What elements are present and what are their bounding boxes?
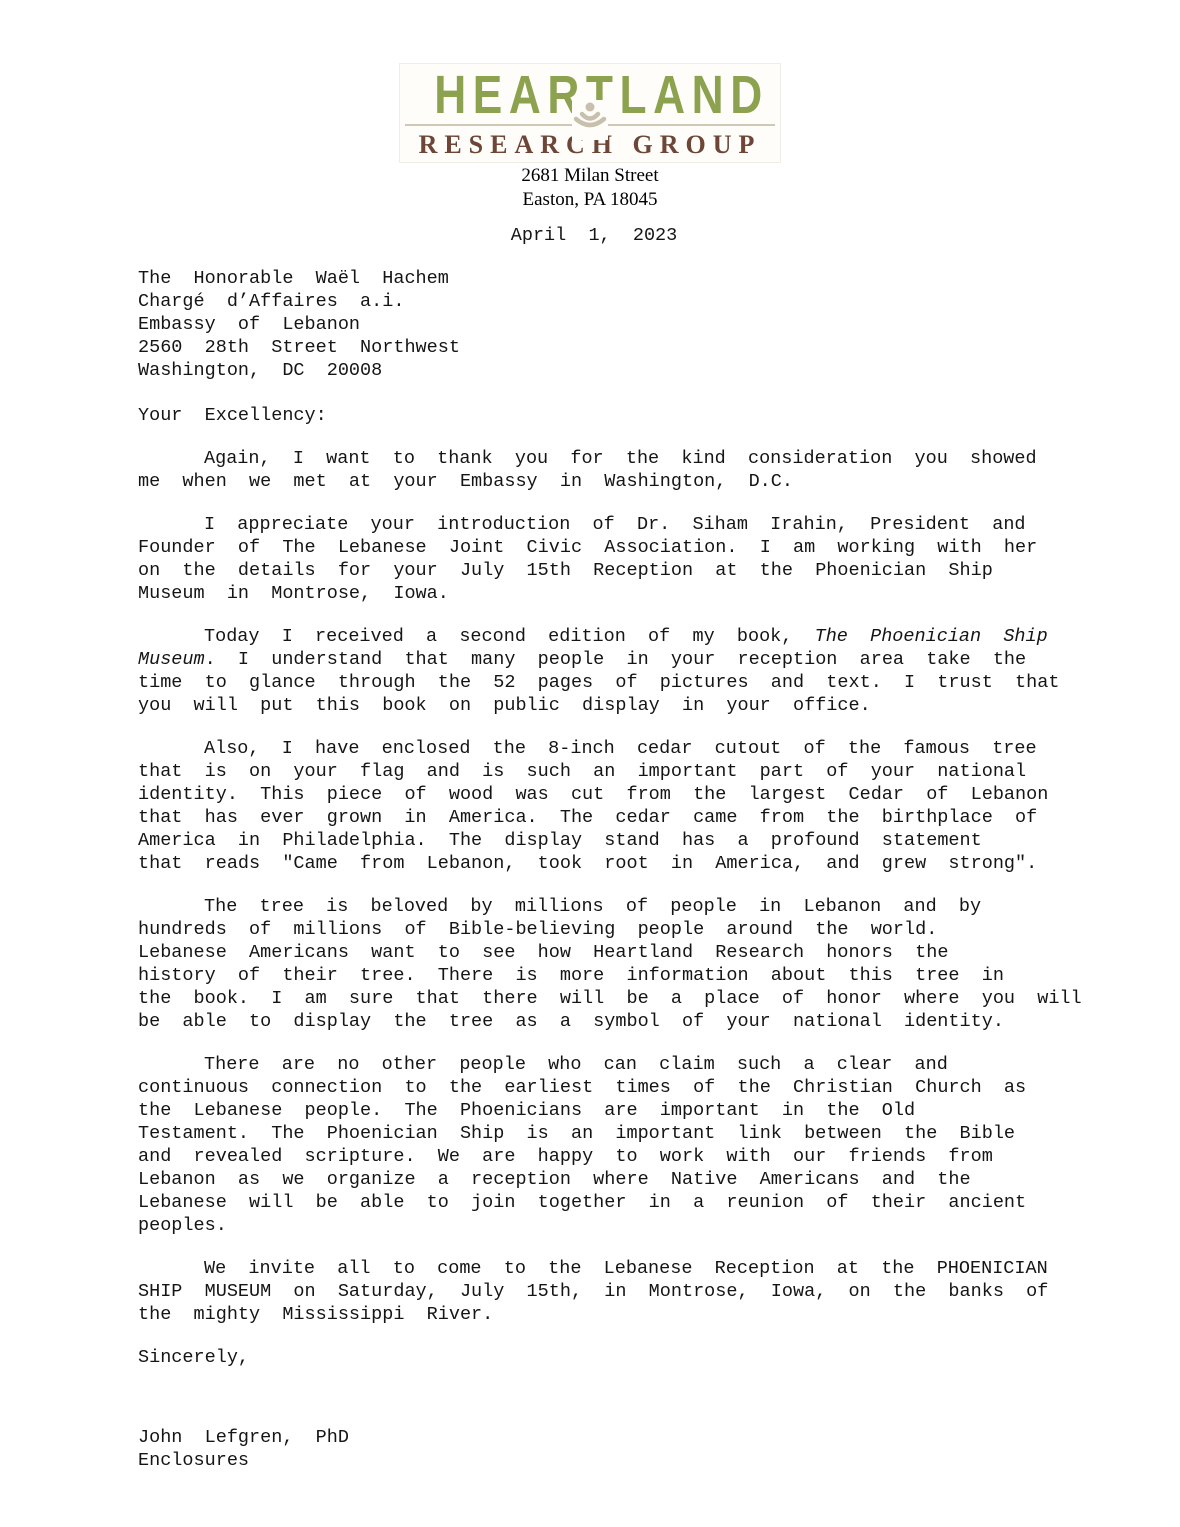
body-line: history of their tree. There is more inf… xyxy=(138,964,1050,987)
letterhead: HEARTLAND RESEARCH GROUP 2681 Milan Stre… xyxy=(0,0,1180,211)
body-line: identity. This piece of wood was cut fro… xyxy=(138,783,1050,806)
body-line: me when we met at your Embassy in Washin… xyxy=(138,470,1050,493)
body-line: Lebanese will be able to join together i… xyxy=(138,1191,1050,1214)
body-line: America in Philadelphia. The display sta… xyxy=(138,829,1050,852)
body-segment: and revealed scripture. We are happy to … xyxy=(138,1146,993,1167)
body-line: I appreciate your introduction of Dr. Si… xyxy=(138,513,1050,536)
body-segment: Lebanese Americans want to see how Heart… xyxy=(138,942,948,963)
body-segment: . I understand that many people in your … xyxy=(205,649,1027,670)
body-paragraph: I appreciate your introduction of Dr. Si… xyxy=(138,513,1050,605)
body-line: There are no other people who can claim … xyxy=(138,1053,1050,1076)
body-line: Founder of The Lebanese Joint Civic Asso… xyxy=(138,536,1050,559)
recipient-block: The Honorable Waël HachemChargé d’Affair… xyxy=(138,267,1050,382)
body-segment: Lebanese will be able to join together i… xyxy=(138,1192,1026,1213)
body-segment: identity. This piece of wood was cut fro… xyxy=(138,784,1048,805)
body-segment: I appreciate your introduction of Dr. Si… xyxy=(204,514,1026,535)
recipient-line: Washington, DC 20008 xyxy=(138,359,1050,382)
body-segment: be able to display the tree as a symbol … xyxy=(138,1011,1004,1032)
recipient-line: 2560 28th Street Northwest xyxy=(138,336,1050,359)
body-segment: The tree is beloved by millions of peopl… xyxy=(204,896,981,917)
body-line: continuous connection to the earliest ti… xyxy=(138,1076,1050,1099)
body-segment: that is on your flag and is such an impo… xyxy=(138,761,1026,782)
body-paragraph: Again, I want to thank you for the kind … xyxy=(138,447,1050,493)
body-segment: time to glance through the 52 pages of p… xyxy=(138,672,1059,693)
signer-name: John Lefgren, PhD xyxy=(138,1426,1050,1449)
body-segment: hundreds of millions of Bible-believing … xyxy=(138,919,937,940)
body-segment: Testament. The Phoenician Ship is an imp… xyxy=(138,1123,1015,1144)
body-line: the mighty Mississippi River. xyxy=(138,1303,1050,1326)
letter-content: April 1, 2023 The Honorable Waël HachemC… xyxy=(0,224,1180,1472)
body-segment: Founder of The Lebanese Joint Civic Asso… xyxy=(138,537,1037,558)
body-line: time to glance through the 52 pages of p… xyxy=(138,671,1050,694)
letterhead-street: 2681 Milan Street xyxy=(0,165,1180,187)
body-segment: that has ever grown in America. The ceda… xyxy=(138,807,1037,828)
body-line: on the details for your July 15th Recept… xyxy=(138,559,1050,582)
body-line: the book. I am sure that there will be a… xyxy=(138,987,1050,1010)
body-line: Today I received a second edition of my … xyxy=(138,625,1050,648)
body-line: Lebanese Americans want to see how Heart… xyxy=(138,941,1050,964)
body-segment: America in Philadelphia. The display sta… xyxy=(138,830,982,851)
body-line: the Lebanese people. The Phoenicians are… xyxy=(138,1099,1050,1122)
body-line: Museum in Montrose, Iowa. xyxy=(138,582,1050,605)
body-line: SHIP MUSEUM on Saturday, July 15th, in M… xyxy=(138,1280,1050,1303)
body-segment: the book. I am sure that there will be a… xyxy=(138,988,1082,1009)
body-line: Also, I have enclosed the 8-inch cedar c… xyxy=(138,737,1050,760)
body-segment: Lebanon as we organize a reception where… xyxy=(138,1169,971,1190)
body-line: Testament. The Phoenician Ship is an imp… xyxy=(138,1122,1050,1145)
salutation: Your Excellency: xyxy=(138,404,1050,427)
body-segment: SHIP MUSEUM on Saturday, July 15th, in M… xyxy=(138,1281,1048,1302)
date-line: April 1, 2023 xyxy=(138,224,1050,247)
logo-box: HEARTLAND RESEARCH GROUP xyxy=(399,63,781,163)
body-segment: peoples. xyxy=(138,1215,227,1236)
body-line: you will put this book on public display… xyxy=(138,694,1050,717)
body-segment: Again, I want to thank you for the kind … xyxy=(204,448,1037,469)
body-segment: continuous connection to the earliest ti… xyxy=(138,1077,1026,1098)
letterhead-city: Easton, PA 18045 xyxy=(0,189,1180,211)
closing: Sincerely, xyxy=(138,1346,1050,1369)
recipient-line: Embassy of Lebanon xyxy=(138,313,1050,336)
body-paragraph: There are no other people who can claim … xyxy=(138,1053,1050,1237)
body-line: and revealed scripture. We are happy to … xyxy=(138,1145,1050,1168)
body-paragraph: Also, I have enclosed the 8-inch cedar c… xyxy=(138,737,1050,875)
body-paragraph: We invite all to come to the Lebanese Re… xyxy=(138,1257,1050,1326)
body-segment: Also, I have enclosed the 8-inch cedar c… xyxy=(204,738,1037,759)
body-line: We invite all to come to the Lebanese Re… xyxy=(138,1257,1050,1280)
body-paragraph: Today I received a second edition of my … xyxy=(138,625,1050,717)
body-paragraph: The tree is beloved by millions of peopl… xyxy=(138,895,1050,1033)
letter-page: HEARTLAND RESEARCH GROUP 2681 Milan Stre… xyxy=(0,0,1180,1527)
body-line: Museum. I understand that many people in… xyxy=(138,648,1050,671)
body-line: hundreds of millions of Bible-believing … xyxy=(138,918,1050,941)
body-segment: We invite all to come to the Lebanese Re… xyxy=(204,1258,1048,1279)
enclosure-note: Enclosures xyxy=(138,1449,1050,1472)
body-line: be able to display the tree as a symbol … xyxy=(138,1010,1050,1033)
body-line: peoples. xyxy=(138,1214,1050,1237)
body-segment: on the details for your July 15th Recept… xyxy=(138,560,993,581)
body-line: The tree is beloved by millions of peopl… xyxy=(138,895,1050,918)
body-segment-italic: Museum xyxy=(138,649,205,670)
body-line: that reads "Came from Lebanon, took root… xyxy=(138,852,1050,875)
body-line: that has ever grown in America. The ceda… xyxy=(138,806,1050,829)
body-line: Lebanon as we organize a reception where… xyxy=(138,1168,1050,1191)
body-segment: you will put this book on public display… xyxy=(138,695,871,716)
body-segment-italic: The Phoenician Ship xyxy=(815,626,1048,647)
recipient-line: Chargé d’Affaires a.i. xyxy=(138,290,1050,313)
letter-body: Again, I want to thank you for the kind … xyxy=(138,447,1050,1326)
body-segment: Museum in Montrose, Iowa. xyxy=(138,583,449,604)
signature-block: John Lefgren, PhD Enclosures xyxy=(138,1426,1050,1472)
body-segment: Today I received a second edition of my … xyxy=(204,626,815,647)
body-segment: the mighty Mississippi River. xyxy=(138,1304,493,1325)
body-segment: history of their tree. There is more inf… xyxy=(138,965,1004,986)
signal-waves-icon xyxy=(572,100,608,140)
body-line: that is on your flag and is such an impo… xyxy=(138,760,1050,783)
body-segment: me when we met at your Embassy in Washin… xyxy=(138,471,793,492)
body-segment: the Lebanese people. The Phoenicians are… xyxy=(138,1100,915,1121)
body-segment: There are no other people who can claim … xyxy=(204,1054,948,1075)
recipient-line: The Honorable Waël Hachem xyxy=(138,267,1050,290)
body-line: Again, I want to thank you for the kind … xyxy=(138,447,1050,470)
body-segment: that reads "Came from Lebanon, took root… xyxy=(138,853,1037,874)
